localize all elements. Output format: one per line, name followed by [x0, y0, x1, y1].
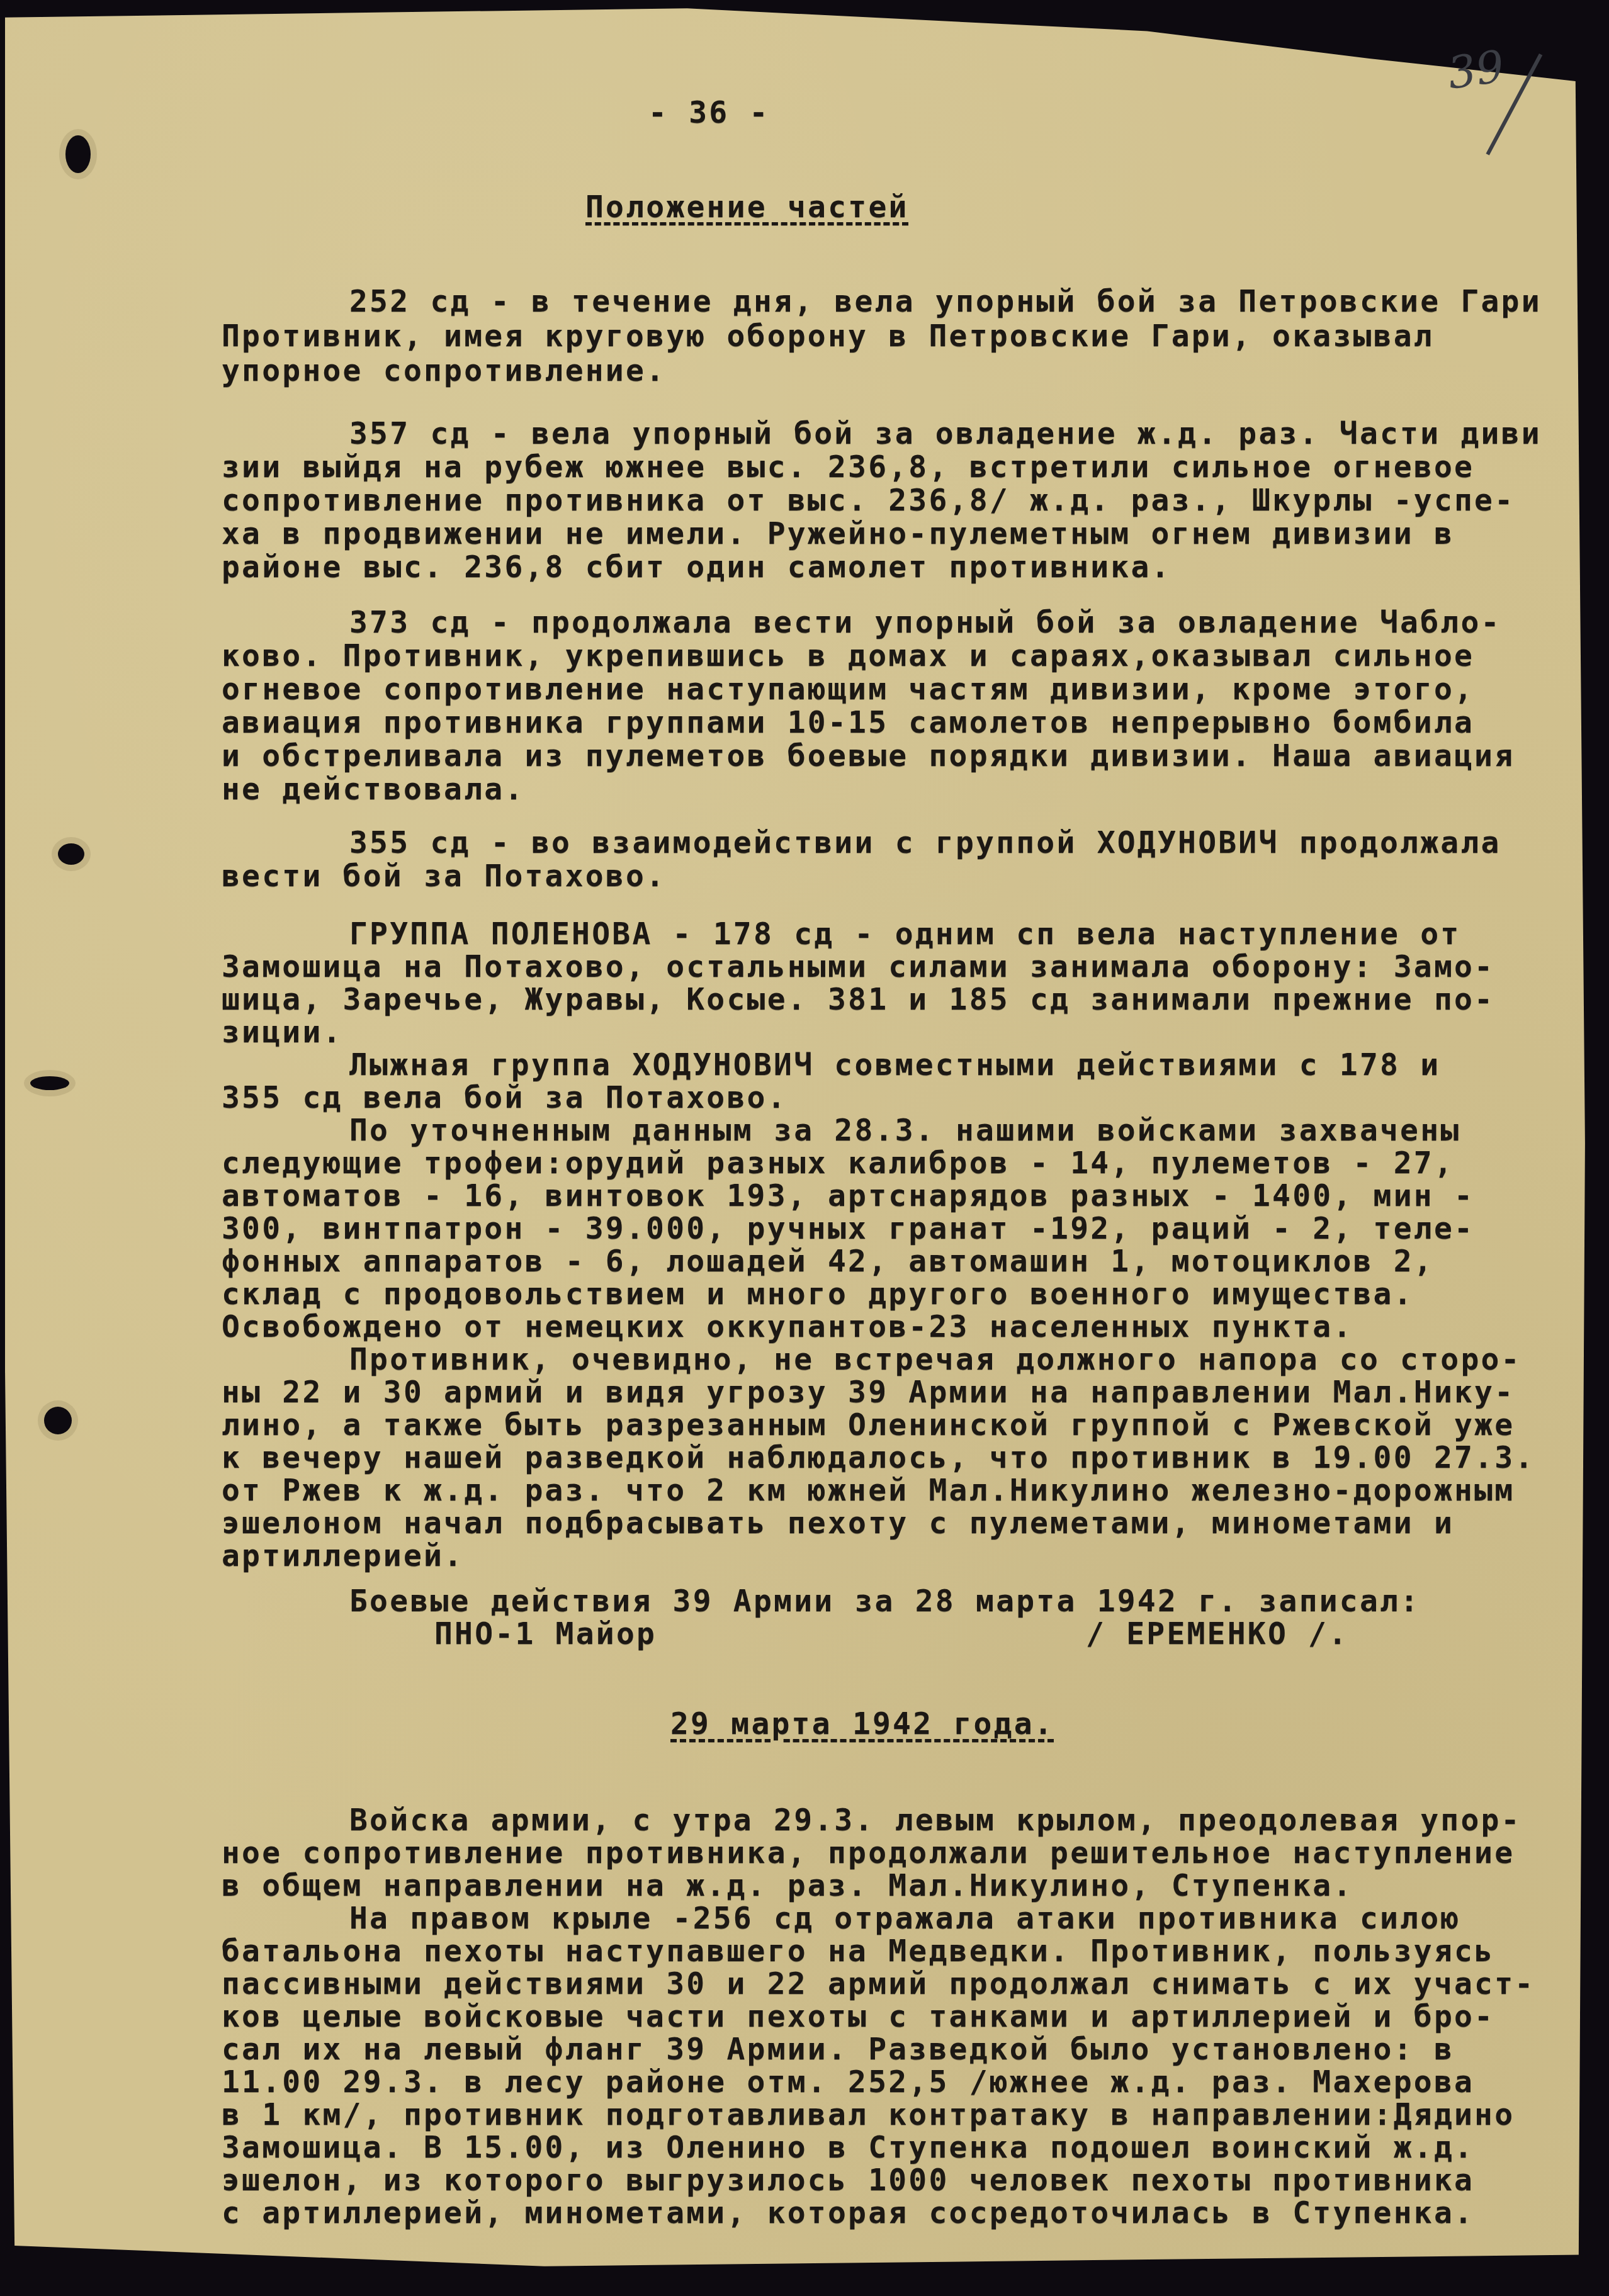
text-line: Лыжная группа ХОДУНОВИЧ совместными дейс… — [349, 1050, 1440, 1080]
binder-hole-upper — [58, 843, 84, 865]
text-line: огневое сопротивление наступающим частям… — [222, 674, 1474, 704]
text-line: ГРУППА ПОЛЕНОВА - 178 сд - одним сп вела… — [349, 919, 1460, 949]
text-line: шица, Заречье, Журавы, Косые. 381 и 185 … — [222, 984, 1494, 1015]
text-line: ны 22 и 30 армий и видя угрозу 39 Армии … — [222, 1377, 1515, 1407]
text-line: 373 сд - продолжала вести упорный бой за… — [349, 607, 1501, 638]
text-line: сопротивление противника от выс. 236,8/ … — [222, 485, 1515, 515]
text-line: Освобождено от немецких оккупантов-23 на… — [222, 1312, 1353, 1342]
text-line: зиции. — [222, 1017, 343, 1047]
text-line: в 1 км/, противник подготавливал контрат… — [222, 2100, 1515, 2130]
text-line: авиация противника группами 10-15 самоле… — [222, 707, 1474, 738]
text-line: эшелон, из которого выгрузилось 1000 чел… — [222, 2165, 1474, 2195]
signature-position: ПНО-1 Майор — [434, 1619, 657, 1649]
text-line: 357 сд - вела упорный бой за овладение ж… — [349, 419, 1542, 449]
section-title: Положение частей — [585, 192, 909, 222]
text-line: эшелоном начал подбрасывать пехоту с пул… — [222, 1508, 1454, 1538]
text-line: автоматов - 16, винтовок 193, артснарядо… — [222, 1181, 1474, 1211]
text-line: пассивными действиями 30 и 22 армий прод… — [222, 1969, 1535, 1999]
text-line: районе выс. 236,8 сбит один самолет прот… — [222, 552, 1171, 582]
binder-hole-lower — [30, 1076, 69, 1090]
text-line: с артиллерией, минометами, которая сосре… — [222, 2198, 1474, 2228]
text-line: следующие трофеи:орудий разных калибров … — [222, 1148, 1454, 1178]
text-line: Замошица. В 15.00, из Оленино в Ступенка… — [222, 2132, 1474, 2163]
text-line: и обстреливала из пулеметов боевые поряд… — [222, 741, 1515, 771]
text-line: вести бой за Потахово. — [222, 861, 666, 891]
text-line: к вечеру нашей разведкой наблюдалось, чт… — [222, 1443, 1535, 1473]
text-line: ково. Противник, укрепившись в домах и с… — [222, 641, 1474, 671]
text-line: Противник, очевидно, не встречая должног… — [349, 1344, 1521, 1375]
text-line: не действовала. — [222, 774, 524, 804]
text-line: упорное сопротивление. — [222, 356, 666, 386]
text-line: 252 сд - в течение дня, вела упорный бой… — [349, 286, 1542, 317]
text-line: лино, а также быть разрезанным Оленинско… — [222, 1410, 1515, 1440]
binder-hole-bottom — [44, 1407, 72, 1434]
page-number: - 36 - — [648, 98, 770, 128]
text-line: фонных аппаратов - 6, лошадей 42, автома… — [222, 1246, 1434, 1276]
text-line: батальона пехоты наступавшего на Медведк… — [222, 1936, 1494, 1966]
text-line: По уточненным данным за 28.3. нашими вой… — [349, 1115, 1460, 1145]
text-line: Противник, имея круговую оборону в Петро… — [222, 321, 1434, 351]
text-line: склад с продовольствием и много другого … — [222, 1279, 1414, 1309]
text-line: сал их на левый фланг 39 Армии. Разведко… — [222, 2034, 1454, 2064]
signature-statement: Боевые действия 39 Армии за 28 марта 194… — [349, 1586, 1420, 1616]
text-line: На правом крыле -256 сд отражала атаки п… — [349, 1903, 1460, 1933]
text-line: Замошица на Потахово, остальными силами … — [222, 952, 1494, 982]
text-line: ное сопротивление противника, продолжали… — [222, 1838, 1515, 1868]
text-line: в общем направлении на ж.д. раз. Мал.Ник… — [222, 1871, 1353, 1901]
text-line: 11.00 29.3. в лесу районе отм. 252,5 /юж… — [222, 2067, 1474, 2097]
date-heading: 29 марта 1942 года. — [670, 1709, 1054, 1739]
text-line: Войска армии, с утра 29.3. левым крылом,… — [349, 1805, 1521, 1835]
binder-hole-top — [65, 135, 91, 173]
text-line: 300, винтпатрон - 39.000, ручных гранат … — [222, 1213, 1474, 1244]
signature-name: / ЕРЕМЕНКО /. — [1086, 1619, 1348, 1649]
text-line: от Ржев к ж.д. раз. что 2 км южней Мал.Н… — [222, 1475, 1515, 1505]
text-line: зии выйдя на рубеж южнее выс. 236,8, вст… — [222, 452, 1474, 482]
text-line: ков целые войсковые части пехоты с танка… — [222, 2001, 1494, 2032]
handwritten-folio-number: 39 — [1445, 40, 1508, 99]
text-line: ха в продвижении не имели. Ружейно-пулем… — [222, 519, 1454, 549]
text-line: 355 сд вела бой за Потахово. — [222, 1083, 788, 1113]
text-line: артиллерией. — [222, 1541, 464, 1571]
text-line: 355 сд - во взаимодействии с группой ХОД… — [349, 828, 1501, 858]
